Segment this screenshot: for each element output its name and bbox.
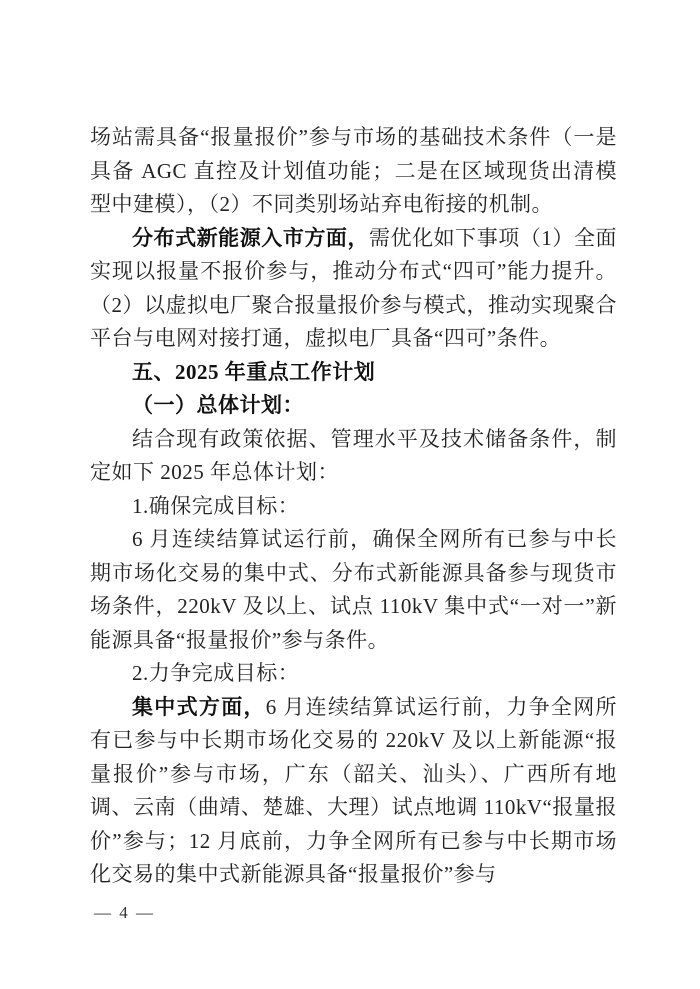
paragraph: 1.确保完成目标： [90,490,617,524]
paragraph: 分布式新能源入市方面，需优化如下事项（1）全面实现以报量不报价参与，推动分布式“… [90,222,617,356]
document-page: 场站需具备“报量报价”参与市场的基础技术条件（一是具备 AGC 直控及计划值功能… [0,0,700,989]
section-heading: 五、2025 年重点工作计划 [90,356,617,390]
paragraph: 6 月连续结算试运行前，确保全网所有已参与中长期市场化交易的集中式、分布式新能源… [90,523,617,657]
bold-text-run: 五、2025 年重点工作计划 [132,360,375,384]
text-run: 结合现有政策依据、管理水平及技术储备条件，制定如下 2025 年总体计划： [90,427,617,485]
text-run: 1.确保完成目标： [132,494,299,518]
text-run: 6 月连续结算试运行前，确保全网所有已参与中长期市场化交易的集中式、分布式新能源… [90,527,617,652]
bold-text-run: （一）总体计划： [132,393,304,417]
page-number: — 4 — [94,903,155,923]
text-run: 6 月连续结算试运行前，力争全网所有已参与中长期市场化交易的 220kV 及以上… [90,695,617,887]
paragraph: 场站需具备“报量报价”参与市场的基础技术条件（一是具备 AGC 直控及计划值功能… [90,121,617,222]
paragraph: 集中式方面，6 月连续结算试运行前，力争全网所有已参与中长期市场化交易的 220… [90,691,617,892]
bold-text-run: 分布式新能源入市方面， [132,226,369,250]
document-body: 场站需具备“报量报价”参与市场的基础技术条件（一是具备 AGC 直控及计划值功能… [90,121,617,892]
text-run: 2.力争完成目标： [132,661,299,685]
bold-text-run: 集中式方面， [132,695,266,719]
text-run: 场站需具备“报量报价”参与市场的基础技术条件（一是具备 AGC 直控及计划值功能… [90,125,617,216]
paragraph: 结合现有政策依据、管理水平及技术储备条件，制定如下 2025 年总体计划： [90,423,617,490]
section-heading: （一）总体计划： [90,389,617,423]
paragraph: 2.力争完成目标： [90,657,617,691]
